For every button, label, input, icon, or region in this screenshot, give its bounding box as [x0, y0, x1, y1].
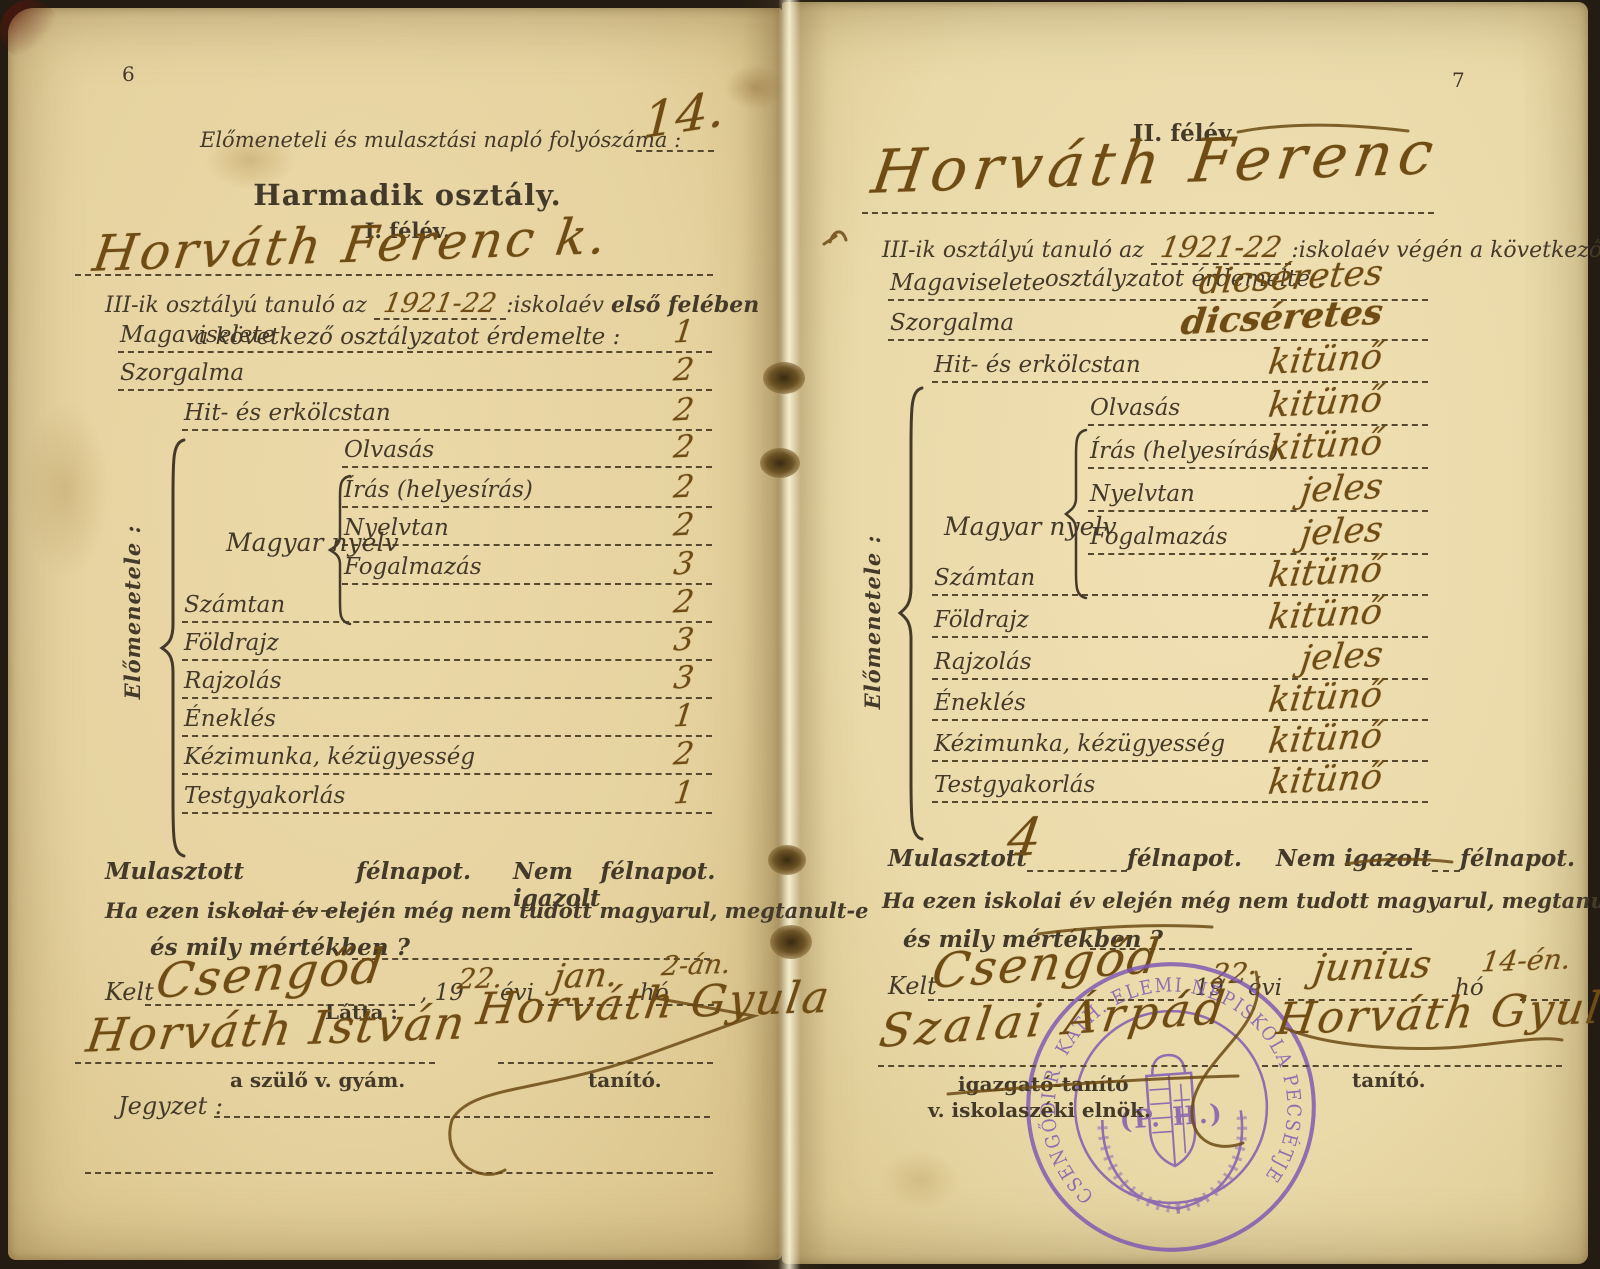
report-book-scan: 6 Előmeneteli és mulasztási napló folyós… [0, 0, 1600, 1269]
pen-flourishes [0, 0, 1600, 1269]
